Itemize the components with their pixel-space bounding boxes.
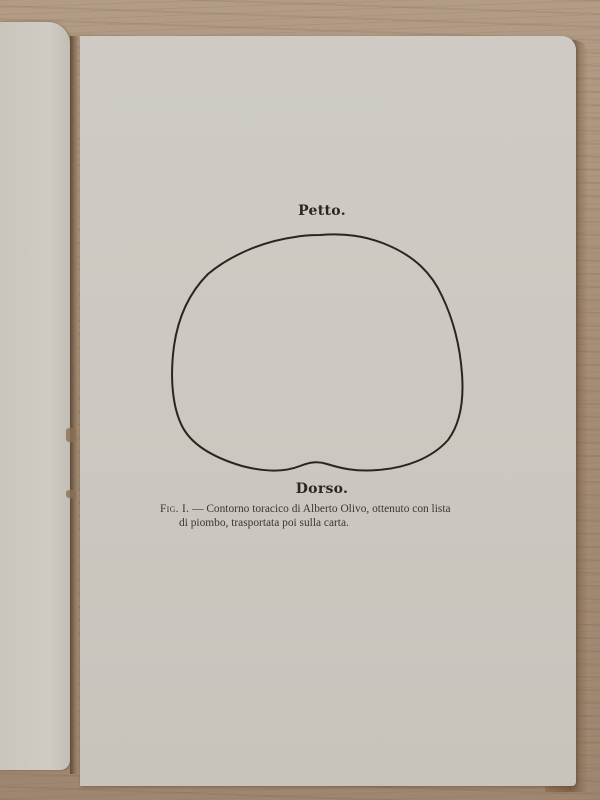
- figure-label-top: Petto.: [74, 203, 570, 219]
- caption-line-1: Contorno toracico di Alberto Olivo, otte…: [206, 503, 450, 515]
- figure-caption: Fig. I. — Contorno toracico di Alberto O…: [160, 502, 480, 530]
- left-page: [0, 22, 70, 770]
- thoracic-contour-drawing: [170, 226, 470, 476]
- caption-line-2: di piombo, trasportata poi sulla carta.: [160, 516, 480, 530]
- binding-tear: [66, 428, 76, 442]
- caption-separator: —: [189, 503, 206, 515]
- caption-figure-number: Fig. I.: [160, 503, 189, 515]
- contour-path: [172, 234, 462, 470]
- book-spine: [70, 36, 78, 774]
- right-page: Petto. Dorso. Fig. I. — Contorno toracic…: [80, 36, 576, 786]
- figure-label-bottom: Dorso.: [74, 481, 570, 497]
